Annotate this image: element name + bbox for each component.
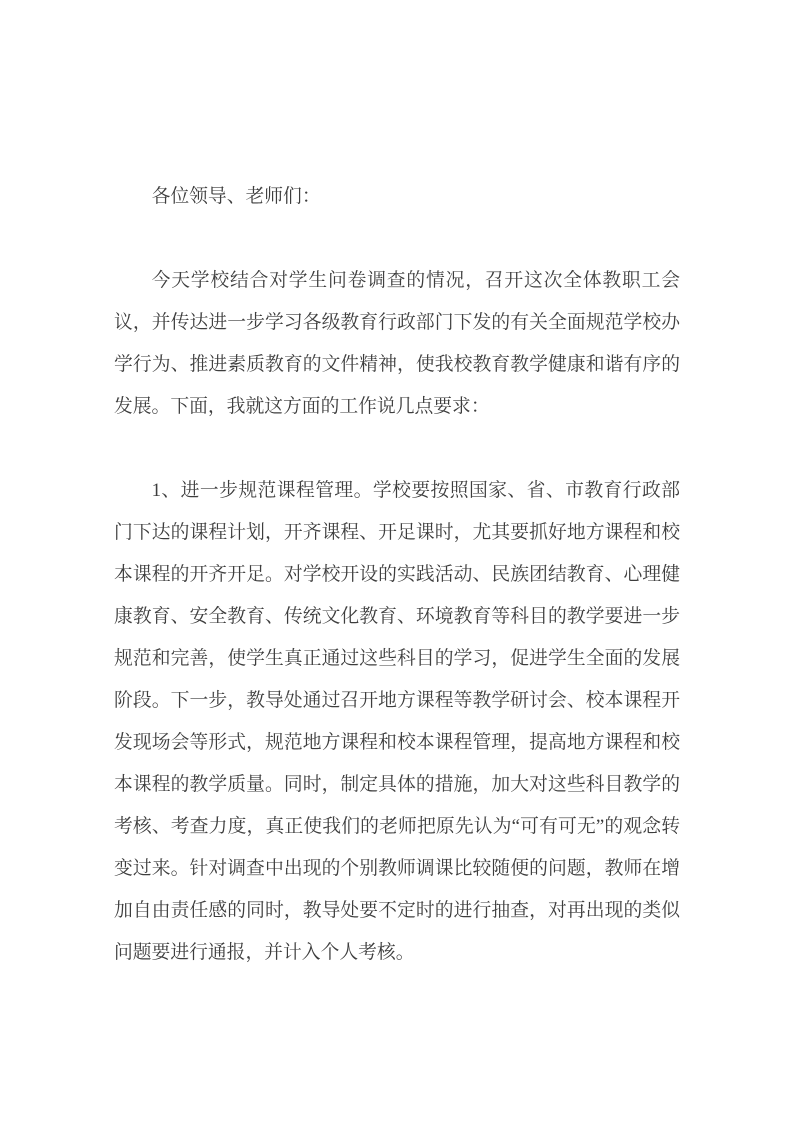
paragraph-introduction: 今天学校结合对学生问卷调查的情况，召开这次全体教职工会议，并传达进一步学习各级教… — [114, 260, 680, 428]
paragraph-requirement-1: 1、进一步规范课程管理。学校要按照国家、省、市教育行政部门下达的课程计划，开齐课… — [114, 470, 680, 974]
paragraph-salutation: 各位领导、老师们： — [114, 176, 680, 218]
document-page: 各位领导、老师们： 今天学校结合对学生问卷调查的情况，召开这次全体教职工会议，并… — [0, 0, 793, 1122]
document-body: 各位领导、老师们： 今天学校结合对学生问卷调查的情况，召开这次全体教职工会议，并… — [114, 176, 680, 974]
